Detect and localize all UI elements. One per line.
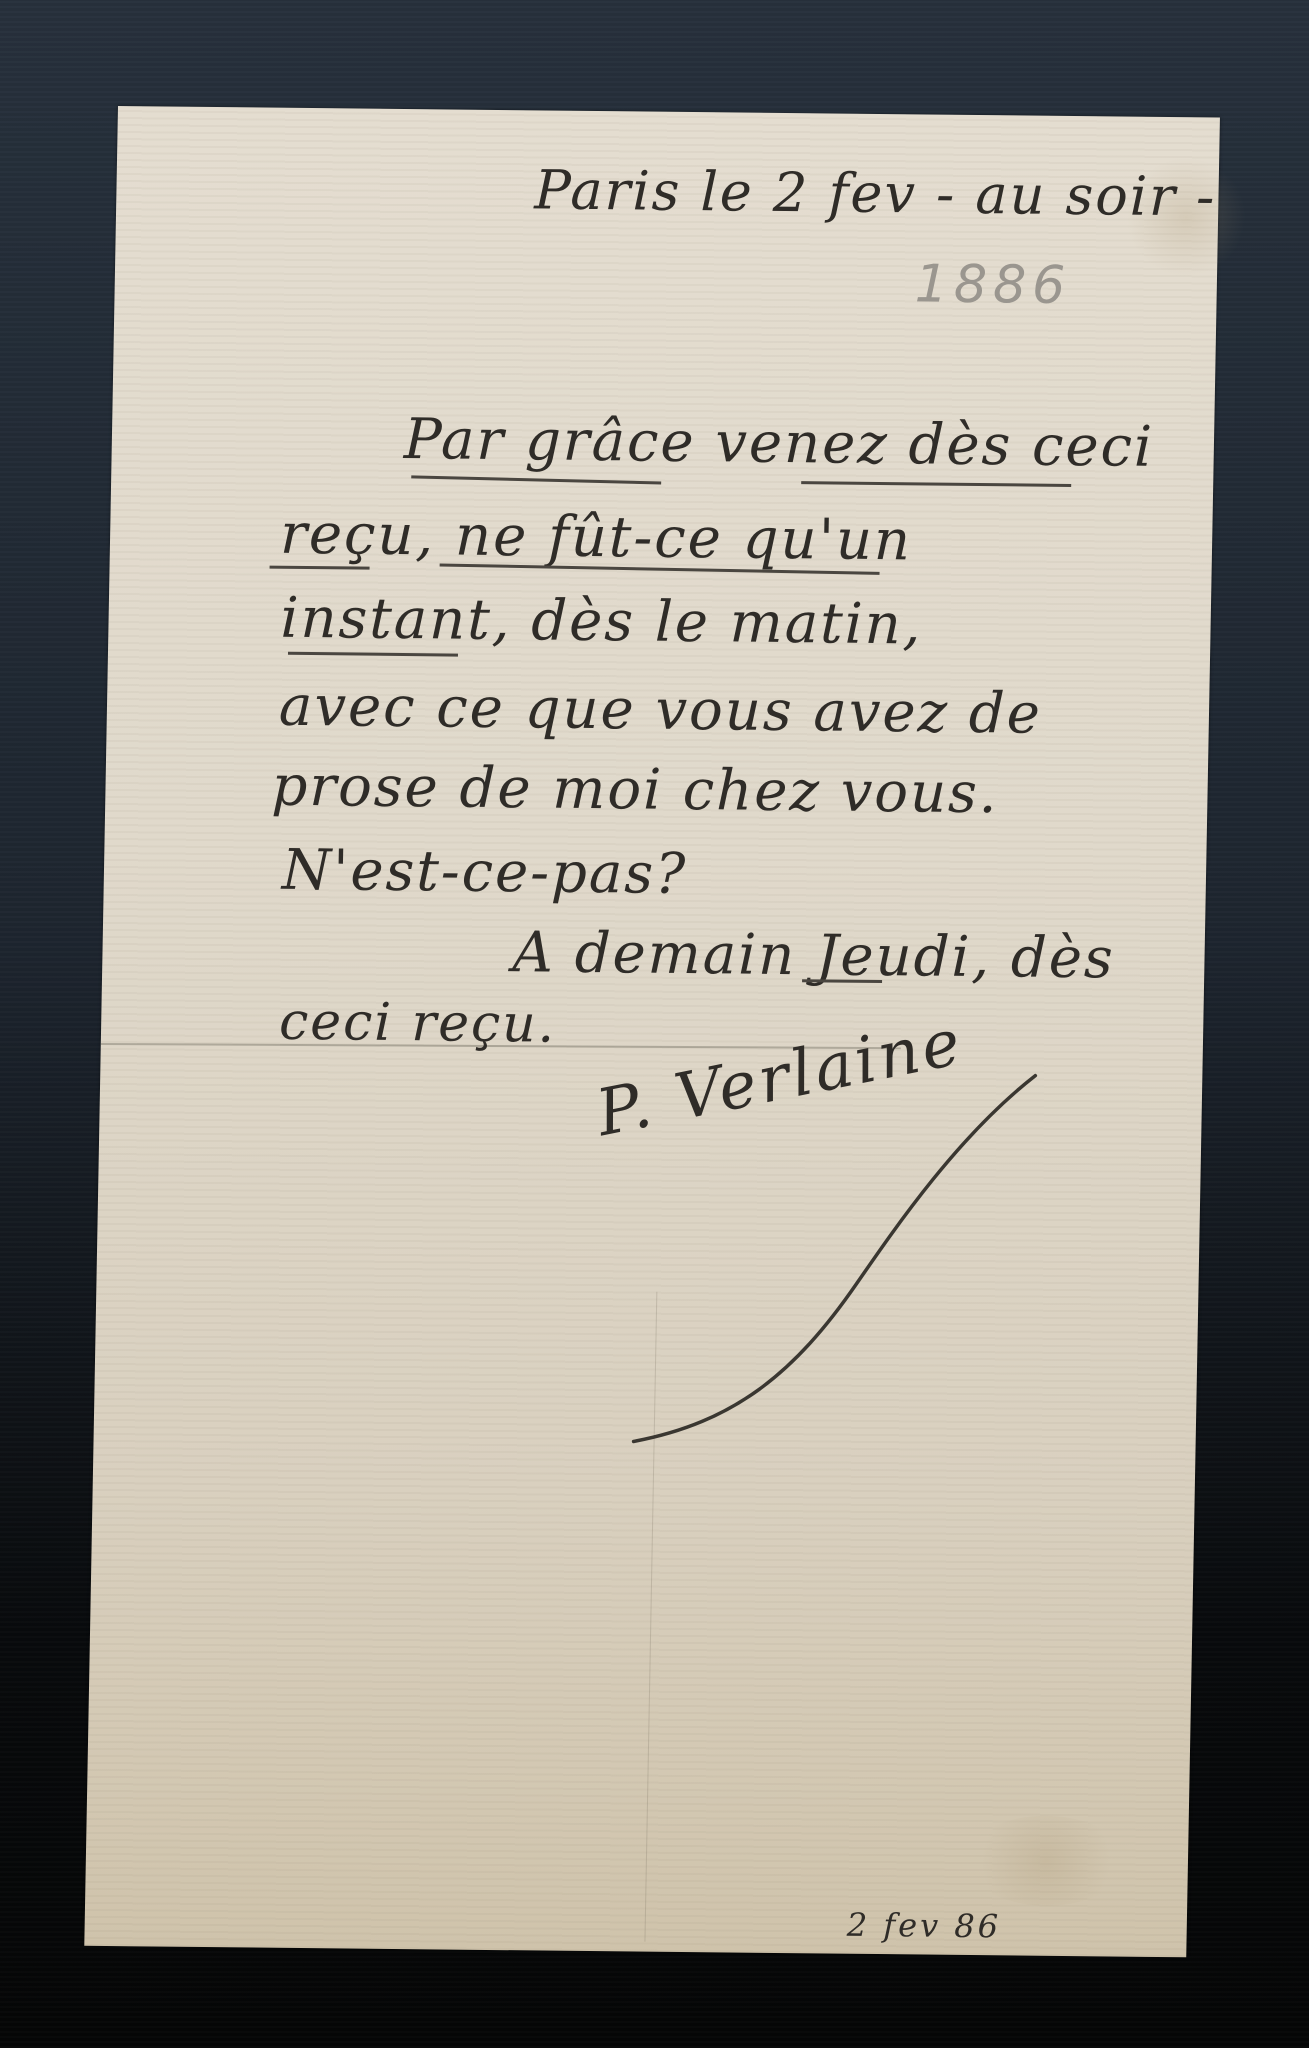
archival-date-note: 2 fev 86 bbox=[846, 1906, 1001, 1946]
letter-line-1: Par grâce venez dès ceci bbox=[403, 407, 1154, 480]
paper-fold-crease bbox=[644, 1292, 657, 1942]
letter-place-date: Paris le 2 fev - au soir - bbox=[534, 158, 1217, 228]
letter-line-6: N'est-ce-pas? bbox=[281, 838, 687, 907]
letter-line-8: ceci reçu. bbox=[279, 992, 557, 1055]
letter-line-4: avec ce que vous avez de bbox=[278, 674, 1042, 747]
underline-stroke bbox=[288, 652, 458, 657]
signature: P. Verlaine bbox=[591, 1005, 969, 1151]
letter-line-5: prose de moi chez vous. bbox=[271, 754, 999, 827]
underline-stroke bbox=[411, 475, 661, 484]
underline-stroke bbox=[801, 481, 1071, 487]
paper-stain bbox=[965, 1815, 1127, 1907]
letter-paper: Paris le 2 fev - au soir - 1886 Par grâc… bbox=[84, 106, 1220, 1957]
signature-flourish-stroke bbox=[84, 106, 1220, 1957]
pencil-year-annotation: 1886 bbox=[914, 254, 1071, 316]
letter-line-3: instant, dès le matin, bbox=[280, 586, 923, 658]
underline-stroke bbox=[270, 566, 370, 570]
letter-line-2: reçu, ne fût-ce qu'un bbox=[280, 502, 913, 574]
